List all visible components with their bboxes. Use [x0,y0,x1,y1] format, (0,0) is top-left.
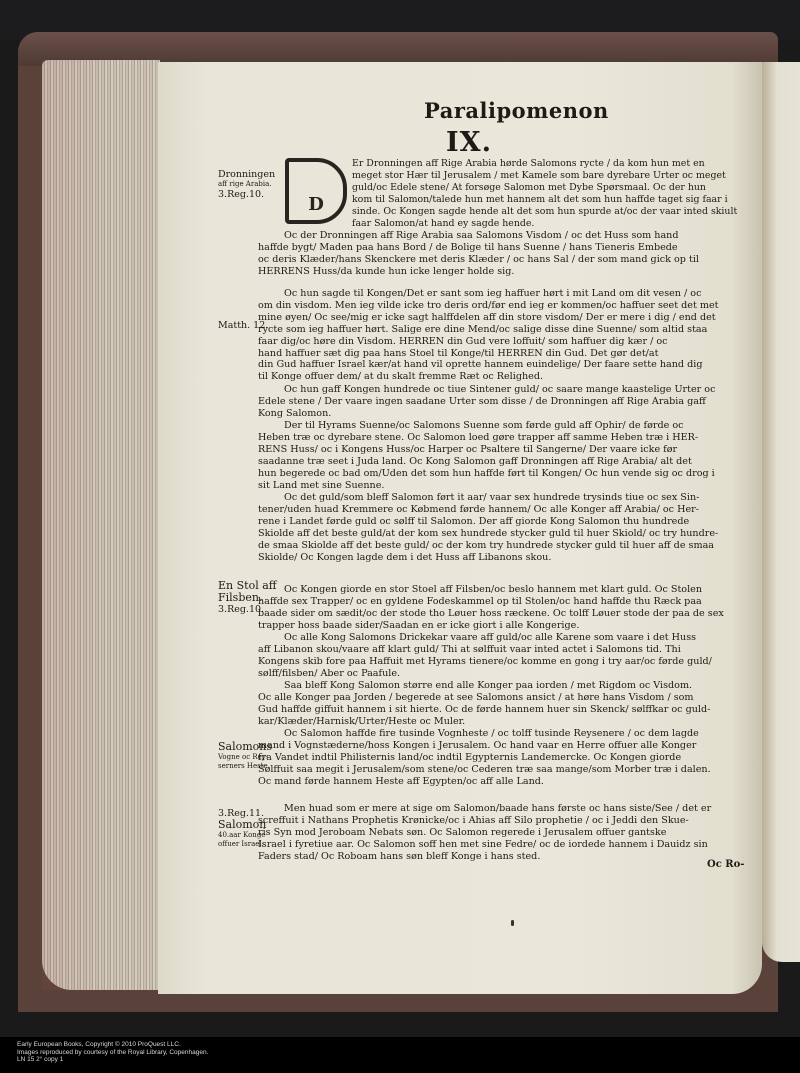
text-line: Oc Salomon haffde fire tusinde Vognheste… [258,728,760,740]
text-line: Edele stene / Der vaare ingen saadane Ur… [258,396,760,408]
drop-cap-letter: D [308,194,324,215]
text-line: Skiolde/ Oc Kongen lagde dem i det Huss … [258,552,760,564]
text-line: Israel i fyretiue aar. Oc Salomon soff h… [258,839,760,851]
copyright-footer: Early European Books, Copyright © 2010 P… [0,1037,800,1073]
paragraph-1: Er Dronningen aff Rige Arabia hørde Salo… [352,158,760,229]
text-line: Kong Salomon. [258,408,760,420]
decorated-initial: D [285,158,347,224]
text-line: rycte som ieg haffuer hørt. Salige ere d… [258,324,760,336]
text-line: til Konge offuer dem/ at du skalt fremme… [258,371,760,383]
text-line: Oc Kongen giorde en stor Stoel aff Filsb… [258,584,760,596]
text-line: RENS Huss/ oc i Kongens Huss/oc Harper o… [258,444,760,456]
text-line: guld/oc Edele stene/ At forsøge Salomon … [352,182,760,194]
text-line: Faders stad/ Oc Roboam hans søn bleff Ko… [258,851,760,863]
text-line: Saa bleff Kong Salomon større end alle K… [258,680,760,692]
paragraph-11: Men huad som er mere at sige om Salomon/… [258,803,760,863]
text-line: haffde sex Trapper/ oc en gyldene Fodesk… [258,596,760,608]
text-line: tener/uden huad Kremmere oc Købmend førd… [258,504,760,516]
text-line: oc deris Klæder/hans Skenckere met deris… [258,254,760,266]
text-line: meget stor Hær til Jerusalem / met Kamel… [352,170,760,182]
catchword: Oc Ro- [707,859,744,870]
text-line: din Gud haffuer Israel kær/at hand vil o… [258,359,760,371]
text-line: Sølffuit saa megit i Jerusalem/som stene… [258,764,760,776]
text-line: Gud haffde giffuit hannem i sit hierte. … [258,704,760,716]
running-title: Paralipomenon [424,98,609,123]
text-line: saadanne træ seet i Juda land. Oc Kong S… [258,456,760,468]
paragraph-7: Oc Kongen giorde en stor Stoel aff Filsb… [258,584,760,632]
text-line: de smaa Skiolde aff det beste guld/ oc d… [258,540,760,552]
paragraph-6: Oc det guld/som bleff Salomon ført it aa… [258,492,760,563]
chapter-number: IX. [446,127,492,158]
text-line: Skiolde aff det beste guld/at der kom se… [258,528,760,540]
marginal-line: 3.Reg.10. [218,189,275,200]
text-line: Oc det guld/som bleff Salomon ført it aa… [258,492,760,504]
marginal-line: Dronningen [218,169,275,180]
paragraph-5: Der til Hyrams Suenne/oc Salomons Suenne… [258,420,760,491]
text-line: ris Syn mod Jeroboam Nebats søn. Oc Salo… [258,827,760,839]
text-line: trapper hoss baade sider/Saadan en er ic… [258,620,760,632]
paragraph-8: Oc alle Kong Salomons Drickekar vaare af… [258,632,760,680]
text-line: faar dig/oc høre din Visdom. HERREN din … [258,336,760,348]
paragraph-3: Oc hun sagde til Kongen/Det er sant som … [258,288,760,383]
text-line: om din visdom. Men ieg vilde icke tro de… [258,300,760,312]
text-line: sølff/filsben/ Aber oc Paafule. [258,668,760,680]
text-line: Men huad som er mere at sige om Salomon/… [258,803,760,815]
facing-page-edge [762,62,800,962]
text-line: Oc hun gaff Kongen hundrede oc tiue Sint… [258,384,760,396]
footer-line: Early European Books, Copyright © 2010 P… [0,1037,800,1049]
text-line: faar Salomon/at hand ey sagde hende. [352,218,760,230]
page-fore-edge [42,60,160,990]
text-line: kom til Salomon/talede hun met hannem al… [352,194,760,206]
footer-line: Images reproduced by courtesy of the Roy… [0,1049,800,1057]
paragraph-9: Saa bleff Kong Salomon større end alle K… [258,680,760,728]
marginal-note-1: Dronningen aff rige Arabia. 3.Reg.10. [218,169,275,200]
text-line: sit Land met sine Suenne. [258,480,760,492]
ink-speck [511,920,514,926]
text-line: HERRENS Huss/da kunde hun icke lenger ho… [258,266,760,278]
text-line: kar/Klæder/Harnisk/Urter/Heste oc Muler. [258,716,760,728]
paragraph-4: Oc hun gaff Kongen hundrede oc tiue Sint… [258,384,760,420]
text-line: Oc mand førde hannem Heste aff Egypten/o… [258,776,760,788]
text-line: Heben træ oc dyrebare stene. Oc Salomon … [258,432,760,444]
text-line: sinde. Oc Kongen sagde hende alt det som… [352,206,760,218]
text-line: mine øyen/ Oc see/mig er icke sagt halff… [258,312,760,324]
paragraph-10: Oc Salomon haffde fire tusinde Vognheste… [258,728,760,788]
text-line: Der til Hyrams Suenne/oc Salomons Suenne… [258,420,760,432]
paragraph-2: Oc der Dronningen aff Rige Arabia saa Sa… [258,230,760,278]
text-line: haffde bygt/ Maden paa hans Bord / de Bo… [258,242,760,254]
text-line: Oc alle Konger paa Jorden / begerede at … [258,692,760,704]
text-line: Kongens skib fore paa Haffuit met Hyrams… [258,656,760,668]
text-line: rene i Landet førde guld oc sølff til Sa… [258,516,760,528]
text-line: screffuit i Nathans Prophetis Krønicke/o… [258,815,760,827]
text-line: mand i Vognstæderne/hoss Kongen i Jerusa… [258,740,760,752]
text-line: Oc hun sagde til Kongen/Det er sant som … [258,288,760,300]
text-line: Er Dronningen aff Rige Arabia hørde Salo… [352,158,760,170]
text-line: hand haffuer sæt dig paa hans Stoel til … [258,348,760,360]
footer-line: LN 15 2° copy 1 [0,1056,800,1064]
text-line: Oc der Dronningen aff Rige Arabia saa Sa… [258,230,760,242]
text-line: baade sider om sædit/oc der stode tho Lø… [258,608,760,620]
marginal-line: aff rige Arabia. [218,180,275,189]
text-line: hun begerede oc bad om/Uden det som hun … [258,468,760,480]
text-line: Oc alle Kong Salomons Drickekar vaare af… [258,632,760,644]
text-line: aff Libanon skou/vaare aff klart guld/ T… [258,644,760,656]
text-line: fra Vandet indtil Philisternis land/oc i… [258,752,760,764]
